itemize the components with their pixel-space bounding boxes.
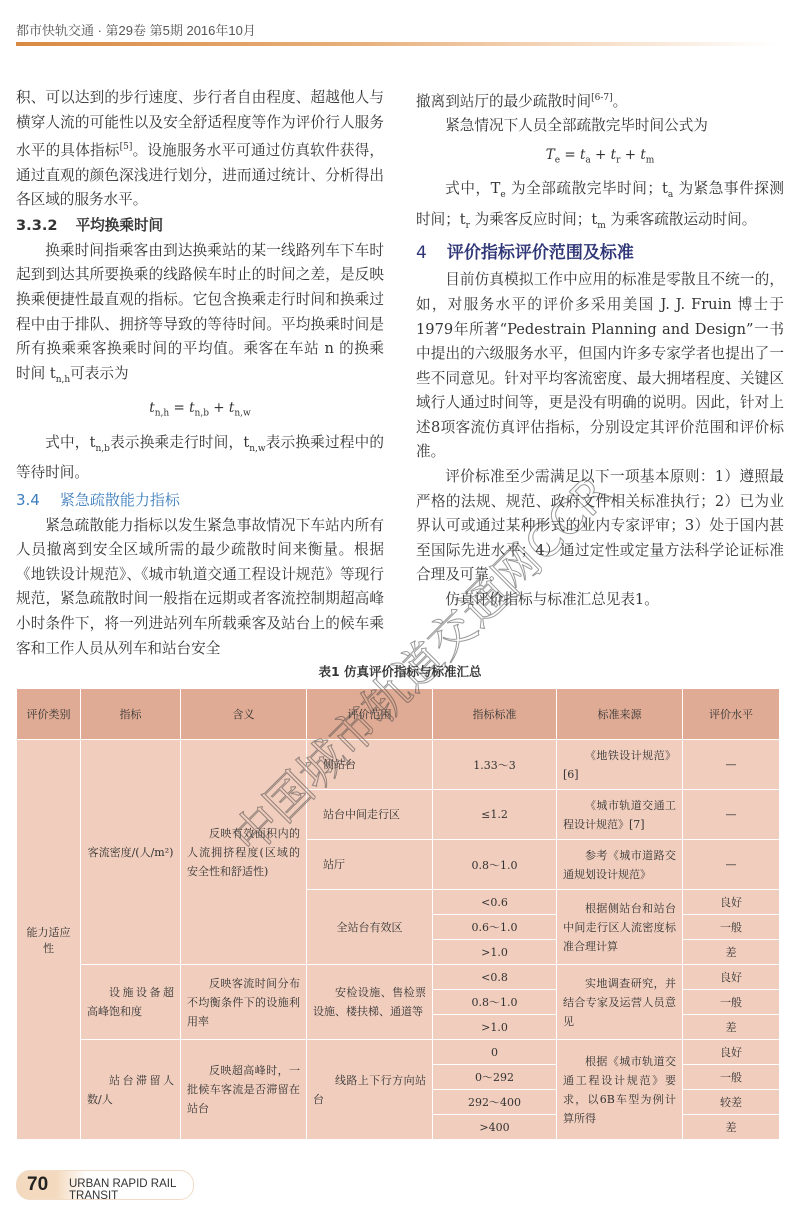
text: 式中，t — [45, 434, 95, 451]
level-cell: 差 — [683, 940, 780, 965]
range-cell: 线路上下行方向站台 — [307, 1040, 433, 1140]
paragraph: 紧急情况下人员全部疏散完毕时间公式为 — [416, 114, 784, 139]
table-header-row: 评价类别 指标 含义 评价范围 指标标准 标准来源 评价水平 — [17, 689, 780, 740]
header-rule — [16, 42, 776, 46]
subscript: n,w — [249, 443, 265, 453]
subscript: n,b — [95, 443, 109, 453]
subscript: n,b — [195, 409, 209, 419]
page-number: 70 — [27, 1174, 48, 1196]
text: 换乘时间指乘客由到达换乘站的某一线路列车下车时起到到达其所要换乘的线路候车时止的… — [16, 242, 384, 382]
text: 为全部疏散完毕时间；t — [506, 180, 668, 197]
range-cell: 全站台有效区 — [307, 890, 433, 965]
section-number: 3.3.2 — [16, 217, 58, 234]
paragraph: 仿真评价指标与标准汇总见表1。 — [416, 588, 784, 613]
chapter-heading-4: 4评价指标评价范围及标准 — [416, 238, 784, 268]
standard-cell: >400 — [433, 1115, 557, 1140]
var: T — [546, 147, 555, 163]
standard-cell: >1.0 — [433, 1015, 557, 1040]
op: = — [560, 147, 580, 163]
formula-evacuation-time: Te = ta + tr + tm — [416, 143, 784, 173]
subscript: m — [597, 221, 606, 231]
level-cell: 一般 — [683, 915, 780, 940]
subscript: n,h — [155, 409, 169, 419]
indicator-cell: 站台滞留人数/人 — [81, 1040, 181, 1140]
paragraph: 式中，tn,b表示换乘走行时间，tn,w表示换乘过程中的等待时间。 — [16, 431, 384, 486]
level-cell: 较差 — [683, 1090, 780, 1115]
header-cell: 评价类别 — [17, 689, 81, 740]
section-number: 3.4 — [16, 491, 40, 509]
range-cell: 安检设施、售检票设施、楼扶梯、通道等 — [307, 965, 433, 1040]
level-cell: — — [683, 740, 780, 790]
indicator-cell: 客流密度/(人/m²) — [81, 740, 181, 965]
meaning-cell: 反映客流时间分布不均衡条件下的设施利用率 — [181, 965, 307, 1040]
text: 为乘客反应时间；t — [470, 211, 597, 228]
text: 表示换乘走行时间，t — [110, 434, 249, 451]
range-cell: 站厅 — [307, 840, 433, 890]
level-cell: 一般 — [683, 990, 780, 1015]
standard-cell: 0～292 — [433, 1065, 557, 1090]
source-cell: 《地铁设计规范》[6] — [557, 740, 683, 790]
header-cell: 指标标准 — [433, 689, 557, 740]
standard-cell: 1.33～3 — [433, 740, 557, 790]
section-title: 平均换乘时间 — [76, 217, 164, 234]
level-cell: 一般 — [683, 1065, 780, 1090]
table-row: 能力适应性 客流密度/(人/m²) 反映有效面积内的人流拥挤程度(区域的安全性和… — [17, 740, 780, 790]
left-column: 积、可以达到的步行速度、步行者自由程度、超越他人与横穿人流的可能性以及安全舒适程… — [16, 86, 384, 661]
header-cell: 评价范围 — [307, 689, 433, 740]
subscript: n,h — [56, 375, 70, 385]
header-cell: 标准来源 — [557, 689, 683, 740]
level-cell: 差 — [683, 1015, 780, 1040]
journal-name-en: URBAN RAPID RAIL TRANSIT — [69, 1178, 193, 1202]
journal-header: 都市快轨交通 · 第29卷 第5期 2016年10月 — [16, 20, 256, 39]
level-cell: 良好 — [683, 965, 780, 990]
section-title: 紧急疏散能力指标 — [60, 491, 180, 509]
standard-cell: 0 — [433, 1040, 557, 1065]
level-cell: — — [683, 840, 780, 890]
text: 可表示为 — [70, 365, 128, 382]
op: = — [169, 400, 189, 416]
subscript: n,w — [234, 409, 250, 419]
evaluation-standards-table: 评价类别 指标 含义 评价范围 指标标准 标准来源 评价水平 能力适应性 客流密… — [16, 688, 780, 1140]
indicator-cell: 设施设备超高峰饱和度 — [81, 965, 181, 1040]
range-cell: 侧站台 — [307, 740, 433, 790]
text: 式中，T — [445, 180, 500, 197]
section-heading-3-4: 3.4紧急疏散能力指标 — [16, 486, 384, 514]
standard-cell: ≤1.2 — [433, 790, 557, 840]
section-number: 4 — [416, 243, 427, 263]
op: + — [209, 400, 229, 416]
subscript: m — [646, 156, 655, 166]
source-cell: 参考《城市道路交通规划设计规范》 — [557, 840, 683, 890]
paragraph: 紧急疏散能力指标以发生紧急事故情况下车站内所有人员撤离到安全区域所需的最少疏散时… — [16, 514, 384, 662]
right-column: 撤离到站厅的最少疏散时间[6-7]。 紧急情况下人员全部疏散完毕时间公式为 Te… — [416, 86, 784, 613]
level-cell: 良好 — [683, 1040, 780, 1065]
level-cell: 差 — [683, 1115, 780, 1140]
op: + — [620, 147, 640, 163]
text: 。 — [613, 93, 628, 110]
header-cell: 评价水平 — [683, 689, 780, 740]
paragraph: 目前仿真模拟工作中应用的标准是零散且不统一的，如，对服务水平的评价多采用美国 J… — [416, 268, 784, 465]
standard-cell: 0.6～1.0 — [433, 915, 557, 940]
paragraph: 换乘时间指乘客由到达换乘站的某一线路列车下车时起到到达其所要换乘的线路候车时止的… — [16, 239, 384, 392]
standard-cell: 0.8～1.0 — [433, 990, 557, 1015]
meaning-cell: 反映有效面积内的人流拥挤程度(区域的安全性和舒适性) — [181, 740, 307, 965]
source-cell: 《城市轨道交通工程设计规范》[7] — [557, 790, 683, 840]
table-row: 设施设备超高峰饱和度 反映客流时间分布不均衡条件下的设施利用率 安检设施、售检票… — [17, 965, 780, 990]
paragraph: 撤离到站厅的最少疏散时间[6-7]。 — [416, 86, 784, 114]
source-cell: 实地调查研究，并结合专家及运营人员意见 — [557, 965, 683, 1040]
range-cell: 站台中间走行区 — [307, 790, 433, 840]
standard-cell: 292～400 — [433, 1090, 557, 1115]
citation: [6-7] — [591, 93, 613, 103]
text: 为乘客疏散运动时间。 — [606, 211, 757, 228]
section-title: 评价指标评价范围及标准 — [447, 243, 634, 263]
table-caption: 表1 仿真评价指标与标准汇总 — [0, 662, 800, 680]
standard-cell: >1.0 — [433, 940, 557, 965]
level-cell: — — [683, 790, 780, 840]
table-row: 站台滞留人数/人 反映超高峰时，一批候车客流是否滞留在站台 线路上下行方向站台 … — [17, 1040, 780, 1065]
header-cell: 指标 — [81, 689, 181, 740]
meaning-cell: 反映超高峰时，一批候车客流是否滞留在站台 — [181, 1040, 307, 1140]
paragraph: 式中，Te 为全部疏散完毕时间；ta 为紧急事件探测时间；tr 为乘客反应时间；… — [416, 177, 784, 238]
standard-cell: <0.6 — [433, 890, 557, 915]
op: + — [591, 147, 611, 163]
page-footer: 70 URBAN RAPID RAIL TRANSIT — [16, 1170, 194, 1200]
formula-transfer-time: tn,h = tn,b + tn,w — [16, 396, 384, 426]
source-cell: 根据侧站台和站台中间走行区人流密度标准合理计算 — [557, 890, 683, 965]
paragraph: 评价标准至少需满足以下一项基本原则：1）遵照最严格的法规、规范、政府文件相关标准… — [416, 465, 784, 588]
category-cell: 能力适应性 — [17, 740, 81, 1140]
header-cell: 含义 — [181, 689, 307, 740]
source-cell: 根据《城市轨道交通工程设计规范》要求，以6B车型为例计算所得 — [557, 1040, 683, 1140]
level-cell: 良好 — [683, 890, 780, 915]
section-heading-3-3-2: 3.3.2平均换乘时间 — [16, 213, 384, 239]
paragraph: 积、可以达到的步行速度、步行者自由程度、超越他人与横穿人流的可能性以及安全舒适程… — [16, 86, 384, 213]
citation: [5] — [120, 142, 133, 152]
standard-cell: <0.8 — [433, 965, 557, 990]
text: 撤离到站厅的最少疏散时间 — [416, 93, 591, 110]
standard-cell: 0.8～1.0 — [433, 840, 557, 890]
